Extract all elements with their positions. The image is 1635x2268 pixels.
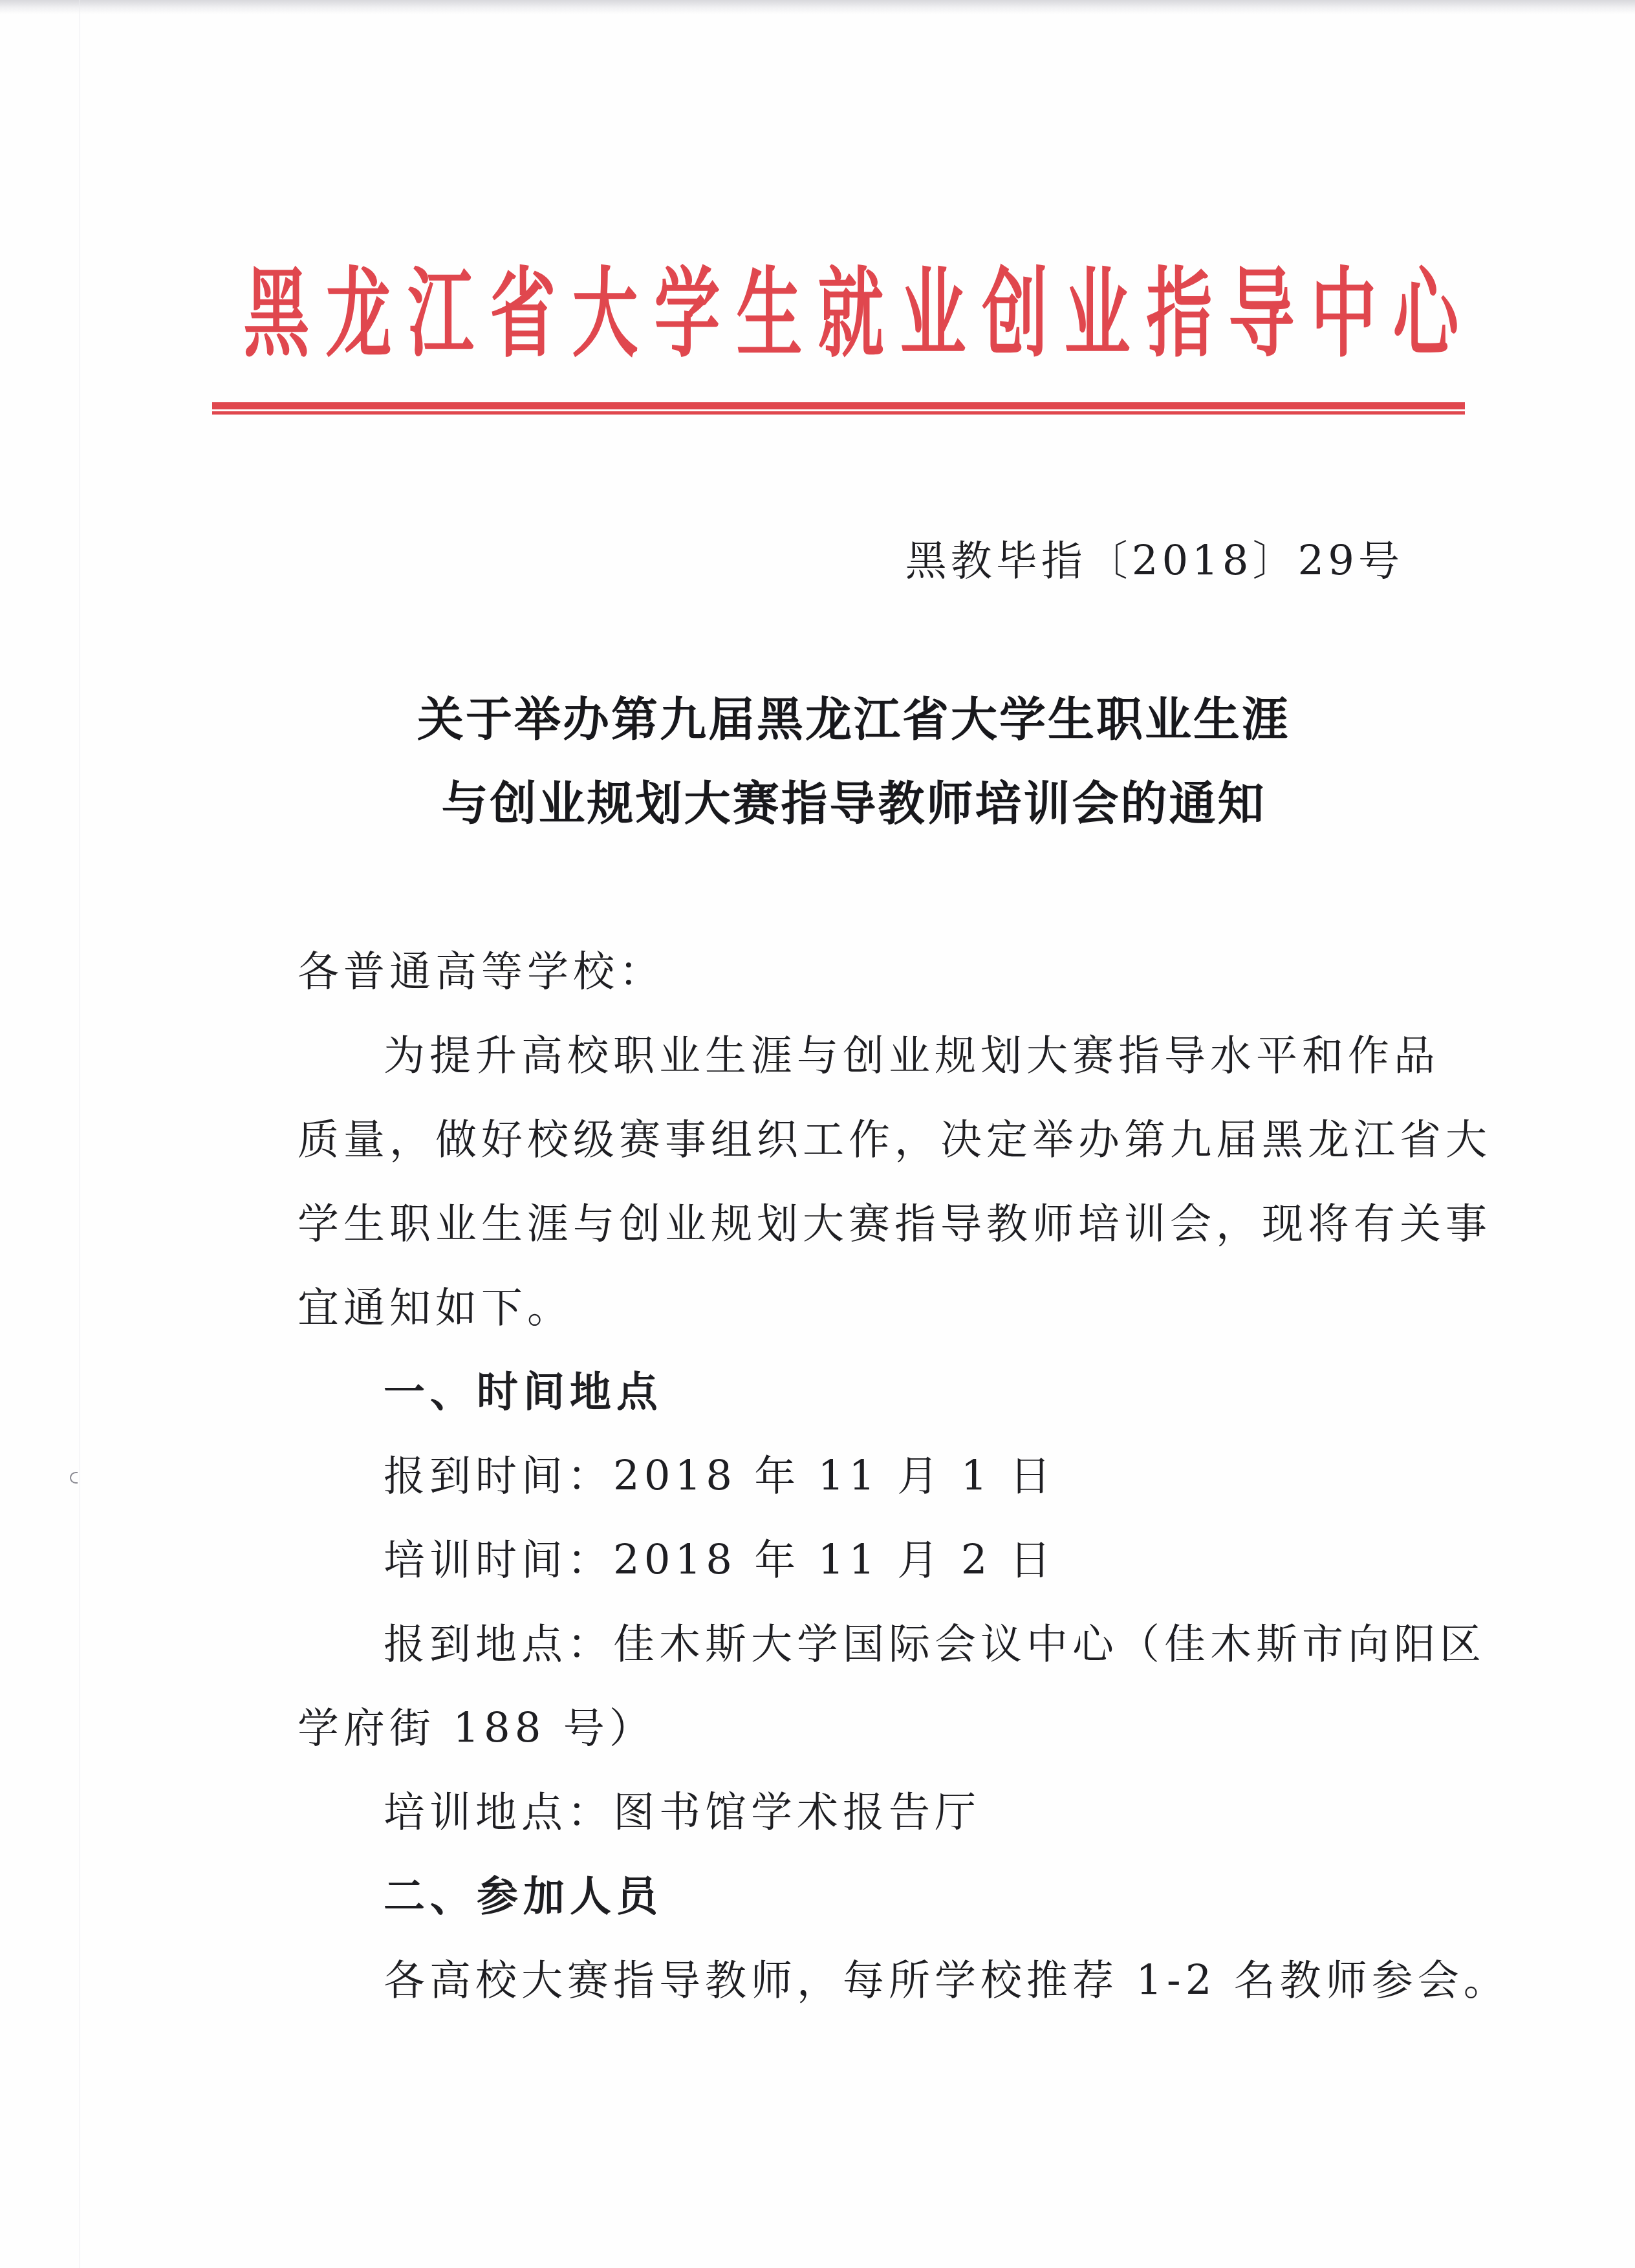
letterhead-char: 就 — [818, 255, 863, 372]
participants-content: 各高校大赛指导教师，每所学校推荐 1-2 名教师参会。 — [298, 1939, 1410, 2023]
salutation: 各普通高等学校： — [298, 930, 1410, 1014]
letterhead-rule-thick — [212, 402, 1465, 409]
training-place: 培训地点：图书馆学术报告厅 — [298, 1771, 1410, 1855]
letterhead-char: 心 — [1392, 255, 1438, 372]
letterhead-char: 生 — [736, 255, 781, 372]
scan-mark — [70, 1472, 78, 1484]
document-page: 黑 龙 江 省 大 学 生 就 业 创 业 指 导 中 心 黑教毕指〔2018〕… — [0, 0, 1635, 2268]
letterhead-char: 学 — [654, 255, 699, 372]
paragraph-line: 为提升高校职业生涯与创业规划大赛指导水平和作品 — [298, 1014, 1410, 1098]
report-time: 报到时间：2018 年 11 月 1 日 — [298, 1434, 1410, 1518]
scan-edge-shadow — [0, 0, 1635, 14]
letterhead-char: 黑 — [243, 255, 288, 372]
section-heading-time-place: 一、时间地点 — [298, 1350, 1410, 1434]
report-place: 报到地点：佳木斯大学国际会议中心（佳木斯市向阳区 — [298, 1603, 1410, 1687]
letterhead-char: 业 — [1065, 255, 1110, 372]
document-number: 黑教毕指〔2018〕29号 — [905, 529, 1403, 594]
letterhead-char: 省 — [490, 255, 535, 372]
report-place-continued: 学府街 188 号） — [298, 1687, 1410, 1771]
training-time: 培训时间：2018 年 11 月 2 日 — [298, 1518, 1410, 1603]
letterhead-char: 指 — [1147, 255, 1192, 372]
letterhead-char: 导 — [1229, 255, 1274, 372]
letterhead-char: 江 — [407, 255, 453, 372]
paragraph-line: 宜通知如下。 — [298, 1266, 1410, 1350]
section-heading-participants: 二、参加人员 — [298, 1855, 1410, 1939]
paragraph-line: 学生职业生涯与创业规划大赛指导教师培训会，现将有关事 — [298, 1182, 1410, 1266]
letterhead-char: 业 — [900, 255, 946, 372]
document-body: 各普通高等学校： 为提升高校职业生涯与创业规划大赛指导水平和作品 质量，做好校级… — [298, 930, 1410, 2023]
document-title-line-1: 关于举办第九届黑龙江省大学生职业生涯 — [285, 687, 1423, 751]
letterhead-char: 龙 — [325, 255, 371, 372]
letterhead-char: 中 — [1310, 255, 1356, 372]
letterhead: 黑 龙 江 省 大 学 生 就 业 创 业 指 导 中 心 — [212, 255, 1465, 372]
document-title-line-2: 与创业规划大赛指导教师培训会的通知 — [285, 771, 1423, 836]
scan-edge-line — [80, 0, 80, 2268]
paragraph-line: 质量，做好校级赛事组织工作，决定举办第九届黑龙江省大 — [298, 1098, 1410, 1182]
letterhead-char: 大 — [572, 255, 617, 372]
letterhead-char: 创 — [982, 255, 1028, 372]
letterhead-rule-thin — [212, 411, 1465, 415]
